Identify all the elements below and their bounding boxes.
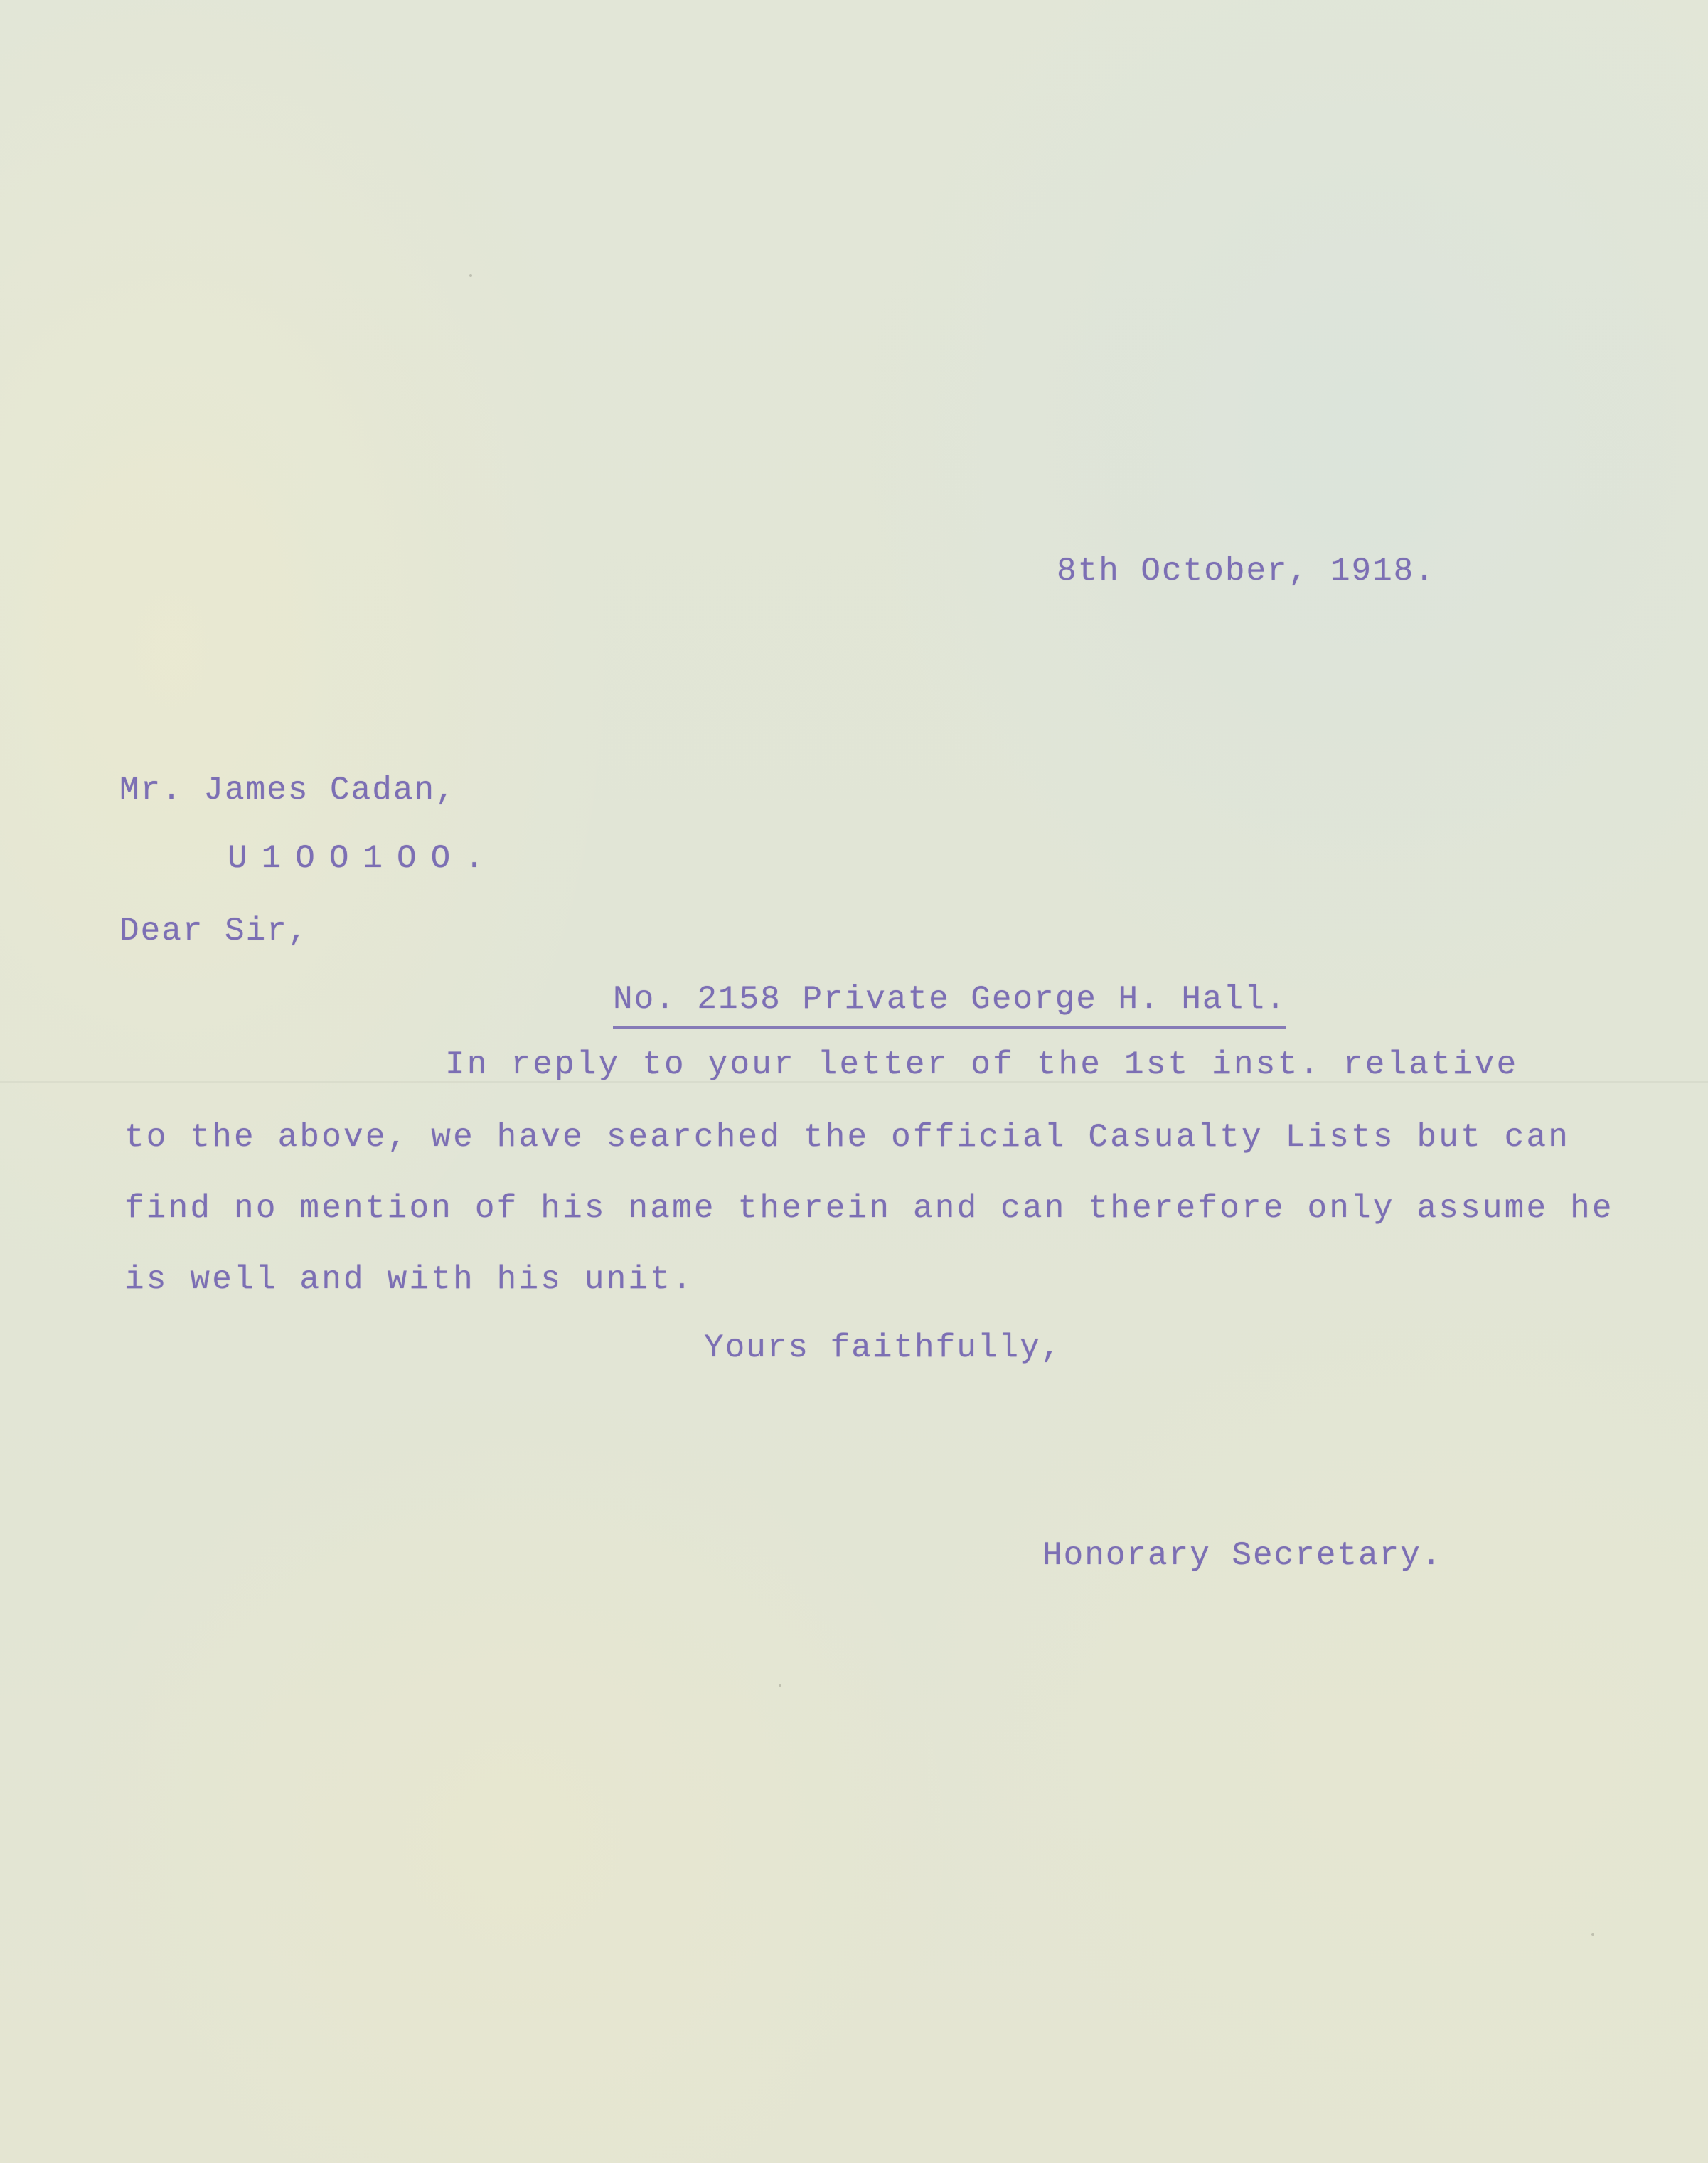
paper-speck xyxy=(779,1684,781,1687)
recipient-name: Mr. James Cadan, xyxy=(119,774,457,807)
paper-speck xyxy=(469,274,472,277)
body-line: In reply to your letter of the 1st inst.… xyxy=(445,1048,1518,1081)
body-line: find no mention of his name therein and … xyxy=(124,1192,1614,1225)
body-line: is well and with his unit. xyxy=(124,1263,694,1296)
subject-line: No. 2158 Private George H. Hall. xyxy=(613,983,1286,1029)
signature-title: Honorary Secretary. xyxy=(1042,1539,1443,1572)
paper-speck xyxy=(1591,1933,1594,1936)
body-line: to the above, we have searched the offic… xyxy=(124,1121,1570,1154)
recipient-code: U1OO1OO. xyxy=(228,842,498,875)
salutation: Dear Sir, xyxy=(119,915,309,947)
closing: Yours faithfully, xyxy=(704,1332,1062,1364)
letter-date: 8th October, 1918. xyxy=(1057,555,1436,588)
